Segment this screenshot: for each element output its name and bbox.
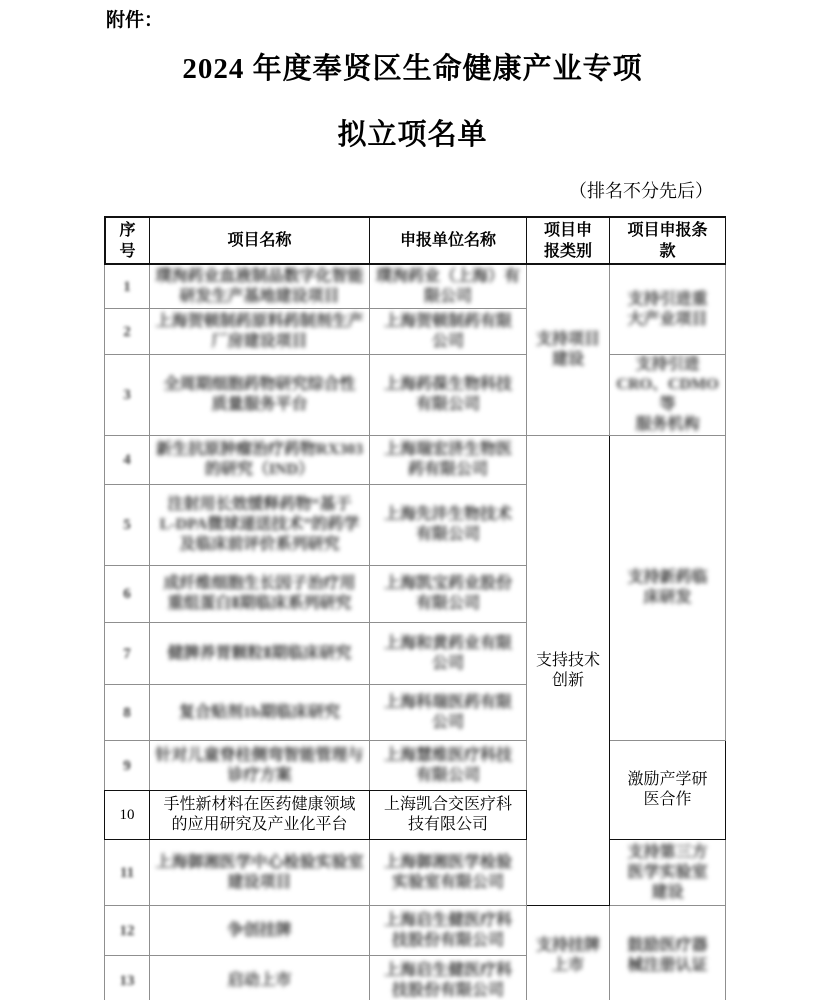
- project-name-cell: 复合贴剂1b期临床研究: [150, 685, 370, 741]
- header-category: 项目申 报类别: [527, 216, 610, 265]
- project-name-cell: 注射用长效缓释药物“基于 L-DPA微球递送技术”的药学 及临床前评价系列研究: [150, 485, 370, 566]
- seq-cell: 12: [104, 906, 150, 956]
- header-seq: 序 号: [104, 216, 150, 265]
- unit-name-cell: 璞洵药业（上海）有 限公司: [370, 265, 527, 309]
- project-name-cell: 新生抗原肿瘤治疗药物RX303 的研究（IND）: [150, 436, 370, 485]
- table-row: 4 新生抗原肿瘤治疗药物RX303 的研究（IND） 上海瑞宏济生物医 药有限公…: [104, 436, 726, 485]
- clause-cell: 支持新药临 床研发: [610, 436, 726, 741]
- project-name-cell: 全周期细胞药物研究综合性 质量服务平台: [150, 355, 370, 436]
- seq-cell: 9: [104, 741, 150, 790]
- project-name-cell: 璞洵药业血液制品数字化智能 研发生产基地建设项目: [150, 265, 370, 309]
- page-title-line1: 2024 年度奉贤区生命健康产业专项: [0, 46, 825, 87]
- clause-cell: 支持第三方 医学实验室 建设: [610, 840, 726, 906]
- table-row: 1 璞洵药业血液制品数字化智能 研发生产基地建设项目 璞洵药业（上海）有 限公司…: [104, 265, 726, 309]
- seq-cell: 11: [104, 840, 150, 906]
- header-clause: 项目申报条 款: [610, 216, 726, 265]
- seq-cell: 1: [104, 265, 150, 309]
- unit-name-cell: 上海贺顿制药有限 公司: [370, 309, 527, 355]
- project-name-cell: 上海贺顿制药原料药制剂生产 厂房建设项目: [150, 309, 370, 355]
- seq-cell: 3: [104, 355, 150, 436]
- unit-name-cell: 上海科瑞医药有限 公司: [370, 685, 527, 741]
- unit-name-cell: 上海药葆生物科技 有限公司: [370, 355, 527, 436]
- unit-name-cell: 上海凯合交医疗科 技有限公司: [370, 790, 527, 840]
- project-name-cell: 争创挂牌: [150, 906, 370, 956]
- project-name-cell: 健脾养胃颗粒Ⅱ期临床研究: [150, 623, 370, 685]
- project-name-cell: 启动上市: [150, 956, 370, 1000]
- table-row: 11 上海御湘医学中心检验实验室 建设项目 上海御湘医学检验 实验室有限公司 支…: [104, 840, 726, 906]
- seq-cell: 13: [104, 956, 150, 1000]
- seq-cell: 6: [104, 566, 150, 623]
- unit-name-cell: 上海启生健医疗科 技股份有限公司: [370, 906, 527, 956]
- ranking-note: （排名不分先后）: [569, 177, 713, 203]
- seq-cell: 2: [104, 309, 150, 355]
- seq-cell: 4: [104, 436, 150, 485]
- clause-cell: 激励产学研 医合作: [610, 741, 726, 840]
- unit-name-cell: 上海慧维医疗科技 有限公司: [370, 741, 527, 790]
- page-title-line2: 拟立项名单: [0, 112, 825, 153]
- document-page: 附件： 2024 年度奉贤区生命健康产业专项 拟立项名单 （排名不分先后） 序 …: [0, 0, 825, 1000]
- category-cell: 支持项目 建设: [527, 265, 610, 436]
- unit-name-cell: 上海启生健医疗科 技股份有限公司: [370, 956, 527, 1000]
- clause-cell: 支持引进重 大产业项目: [610, 265, 726, 355]
- table-row: 3 全周期细胞药物研究综合性 质量服务平台 上海药葆生物科技 有限公司 支持引进…: [104, 355, 726, 436]
- project-table: 序 号 项目名称 申报单位名称 项目申 报类别 项目申报条 款 1 璞洵药业血液…: [104, 216, 726, 1000]
- category-cell: 支持挂牌 上市: [527, 906, 610, 1000]
- category-cell: 支持技术 创新: [527, 436, 610, 906]
- project-name-cell: 上海御湘医学中心检验实验室 建设项目: [150, 840, 370, 906]
- unit-name-cell: 上海凯宝药业股份 有限公司: [370, 566, 527, 623]
- table-row: 9 针对儿童脊柱侧弯智能管理与 诊疗方案 上海慧维医疗科技 有限公司 激励产学研…: [104, 741, 726, 790]
- unit-name-cell: 上海和黄药业有限 公司: [370, 623, 527, 685]
- attachment-label: 附件：: [106, 5, 163, 32]
- unit-name-cell: 上海御湘医学检验 实验室有限公司: [370, 840, 527, 906]
- project-name-cell: 手性新材料在医药健康领域 的应用研究及产业化平台: [150, 790, 370, 840]
- table-row: 12 争创挂牌 上海启生健医疗科 技股份有限公司 支持挂牌 上市 鼓励医疗器 械…: [104, 906, 726, 956]
- seq-cell: 10: [104, 790, 150, 840]
- project-name-cell: 针对儿童脊柱侧弯智能管理与 诊疗方案: [150, 741, 370, 790]
- seq-cell: 7: [104, 623, 150, 685]
- seq-cell: 8: [104, 685, 150, 741]
- header-unit-name: 申报单位名称: [370, 216, 527, 265]
- seq-cell: 5: [104, 485, 150, 566]
- unit-name-cell: 上海先沣生物技术 有限公司: [370, 485, 527, 566]
- clause-cell: 支持引进 CRO、CDMO等 服务机构: [610, 355, 726, 436]
- header-row: 序 号 项目名称 申报单位名称 项目申 报类别 项目申报条 款: [104, 216, 726, 265]
- unit-name-cell: 上海瑞宏济生物医 药有限公司: [370, 436, 527, 485]
- clause-cell: 鼓励医疗器 械注册认证: [610, 906, 726, 1000]
- header-project-name: 项目名称: [150, 216, 370, 265]
- project-name-cell: 成纤维细胞生长因子治疗用 重组蛋白Ⅱ期临床系列研究: [150, 566, 370, 623]
